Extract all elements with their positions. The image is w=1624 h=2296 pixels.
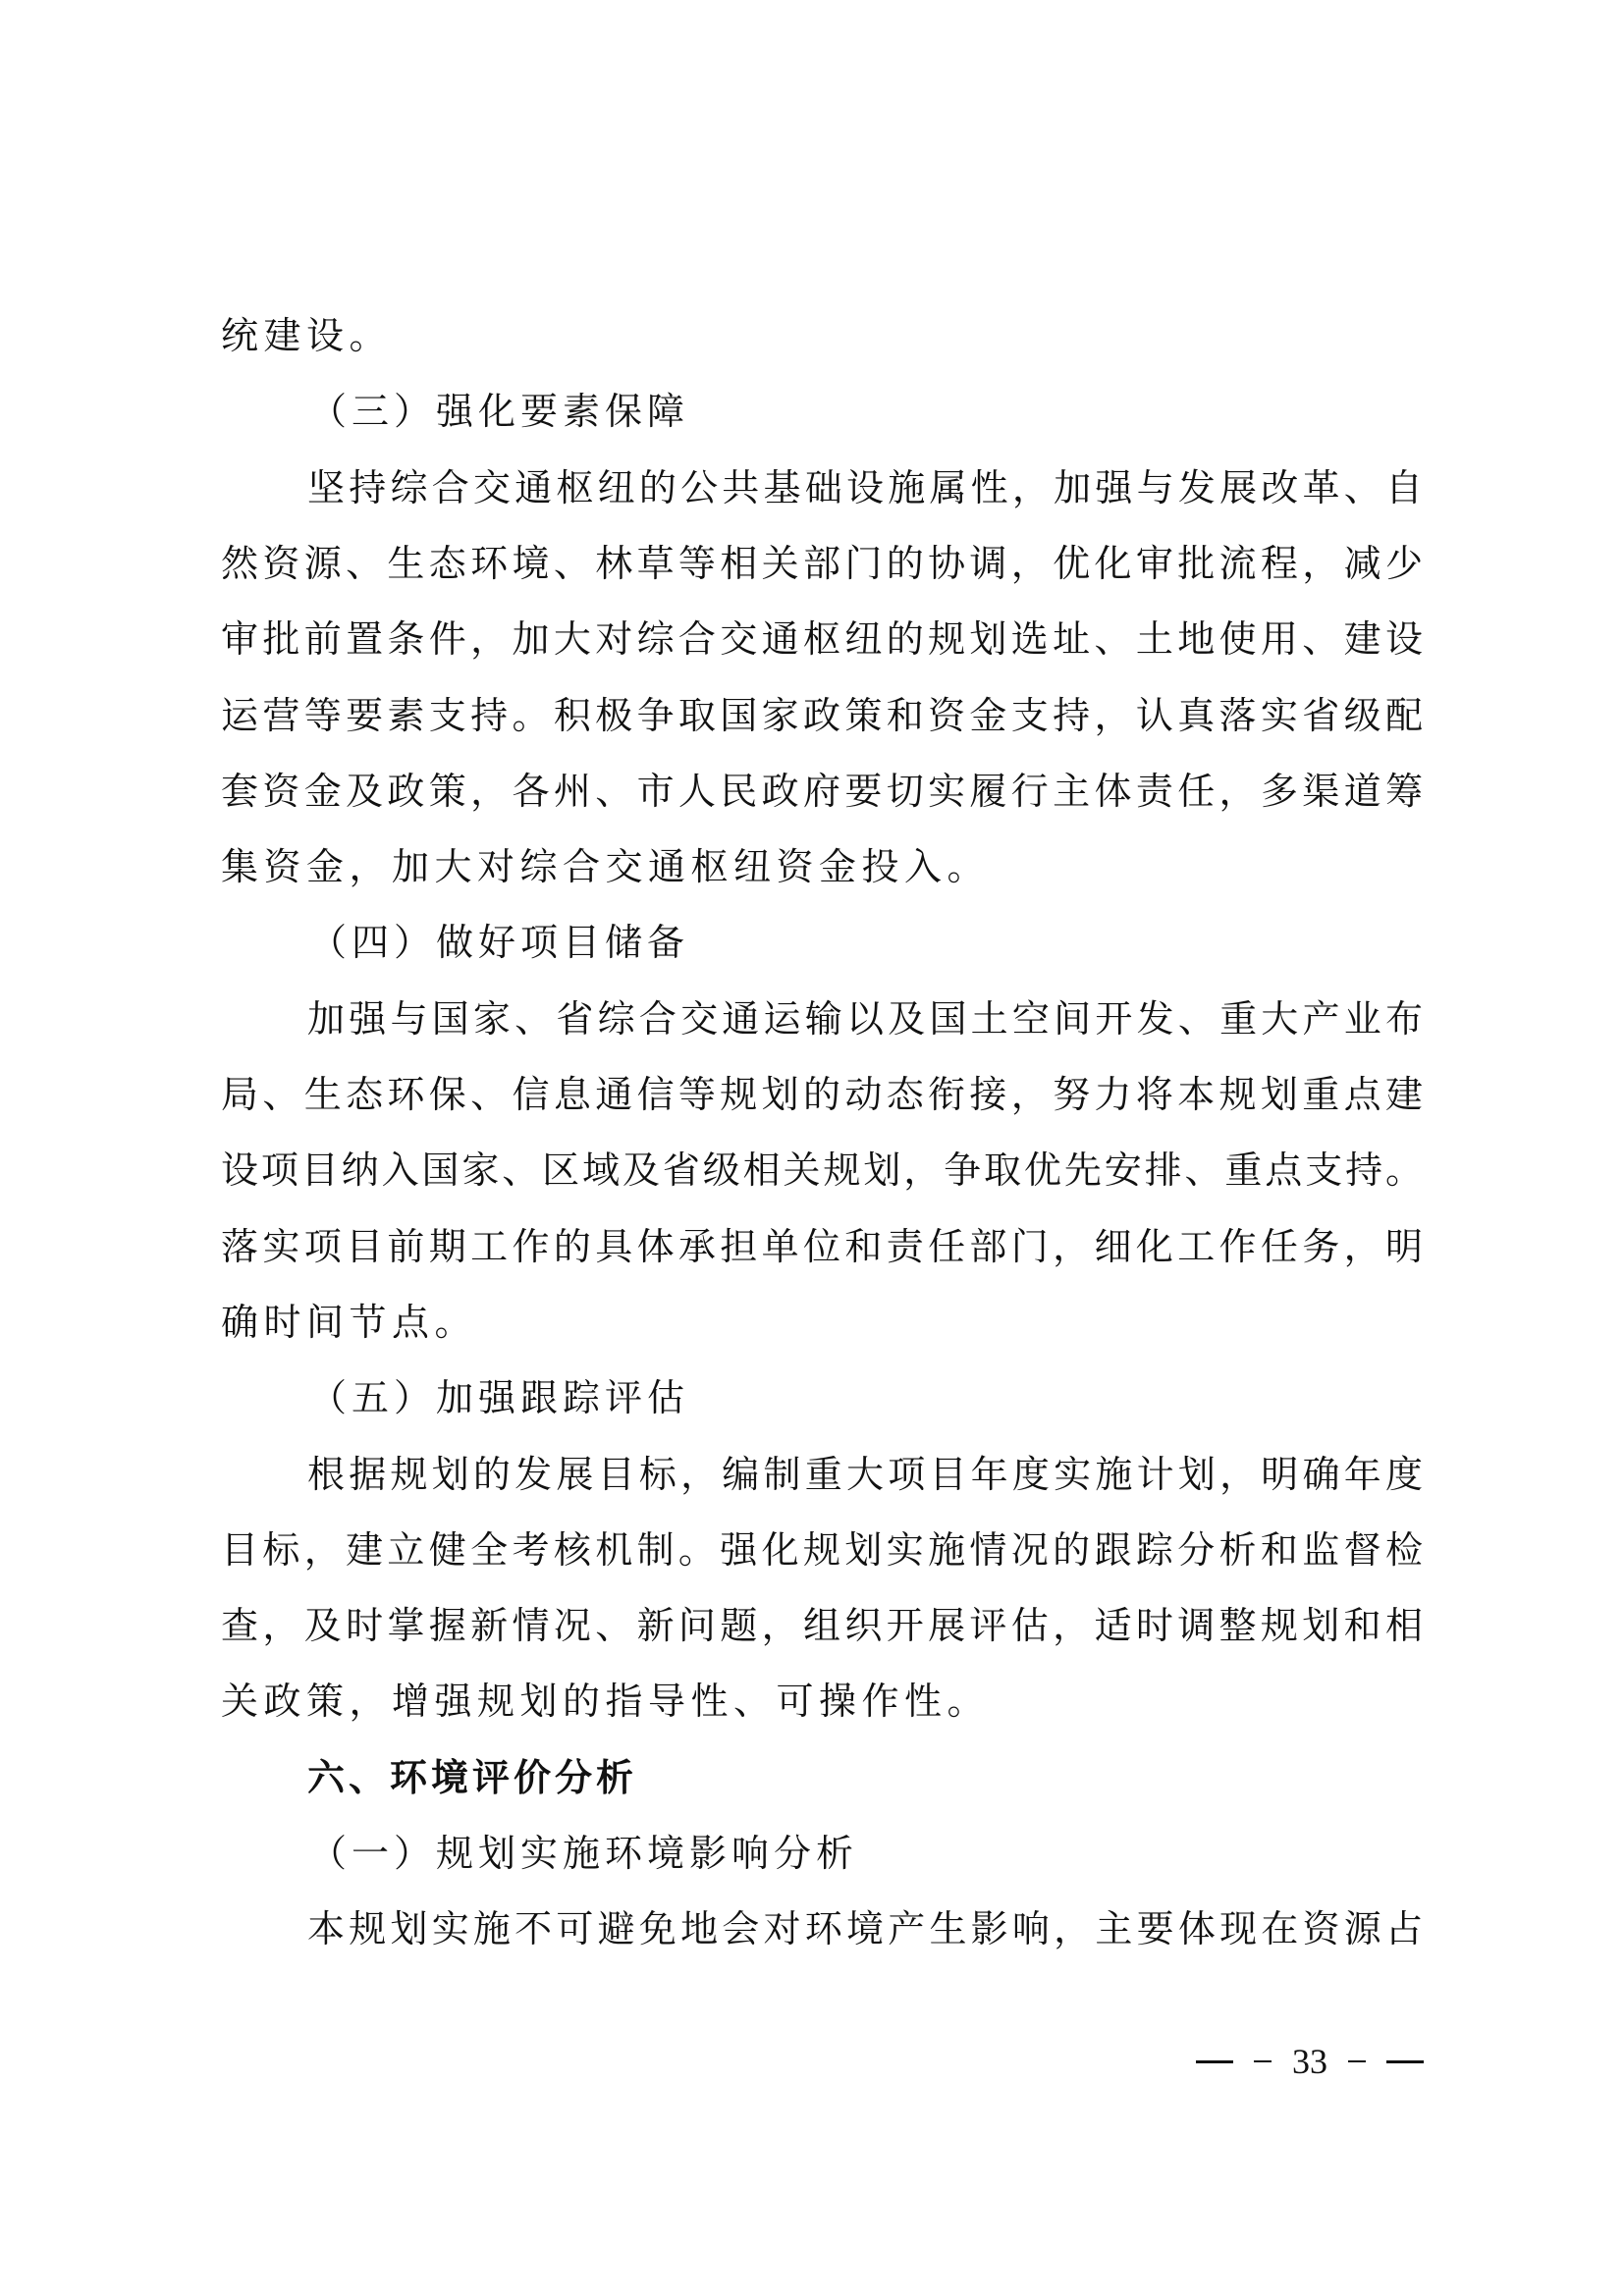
paragraph-line: 根据规划的发展目标，编制重大项目年度实施计划，明确年度 [307,1445,1423,1504]
paragraph-line: 统建设。 [221,306,1423,365]
paragraph-line: 落实项目前期工作的具体承担单位和责任部门，细化工作任务，明 [221,1217,1423,1276]
paragraph-line: 集资金，加大对综合交通枢纽资金投入。 [221,837,1423,896]
paragraph-line: 然资源、生态环境、林草等相关部门的协调，优化审批流程，减少 [221,534,1423,593]
paragraph-line: 局、生态环保、信息通信等规划的动态衔接，努力将本规划重点建 [221,1065,1423,1124]
page-dash-left-long [1196,2060,1233,2063]
paragraph-line: 坚持综合交通枢纽的公共基础设施属性，加强与发展改革、自 [307,458,1423,517]
paragraph-line: 查，及时掌握新情况、新问题，组织开展评估，适时调整规划和相 [221,1596,1423,1655]
page-dash-left-short [1254,2060,1272,2062]
paragraph-line: 运营等要素支持。积极争取国家政策和资金支持，认真落实省级配 [221,686,1423,745]
section-subheading: （三）强化要素保障 [309,382,1511,441]
page-dash-right-long [1386,2060,1424,2063]
paragraph-line: 关政策，增强规划的指导性、可操作性。 [221,1672,1423,1731]
page-dash-right-short [1348,2060,1366,2062]
section-subheading: （一）规划实施环境影响分析 [309,1824,1511,1883]
section-subheading: （五）加强跟踪评估 [309,1368,1511,1427]
paragraph-line: 设项目纳入国家、区域及省级相关规划，争取优先安排、重点支持。 [221,1141,1423,1200]
page-number-text: 33 [1292,2041,1327,2082]
section-subheading: （四）做好项目储备 [309,913,1511,972]
paragraph-line: 套资金及政策，各州、市人民政府要切实履行主体责任，多渠道筹 [221,762,1423,821]
paragraph-line: 加强与国家、省综合交通运输以及国土空间开发、重大产业布 [307,989,1423,1048]
paragraph-line: 本规划实施不可避免地会对环境产生影响，主要体现在资源占 [307,1899,1423,1958]
page-number: 33 [1196,2037,1424,2086]
paragraph-line: 目标，建立健全考核机制。强化规划实施情况的跟踪分析和监督检 [221,1521,1423,1579]
section-heading: 六、环境评价分析 [307,1748,1509,1807]
paragraph-line: 确时间节点。 [221,1293,1423,1352]
paragraph-line: 审批前置条件，加大对综合交通枢纽的规划选址、土地使用、建设 [221,610,1423,668]
